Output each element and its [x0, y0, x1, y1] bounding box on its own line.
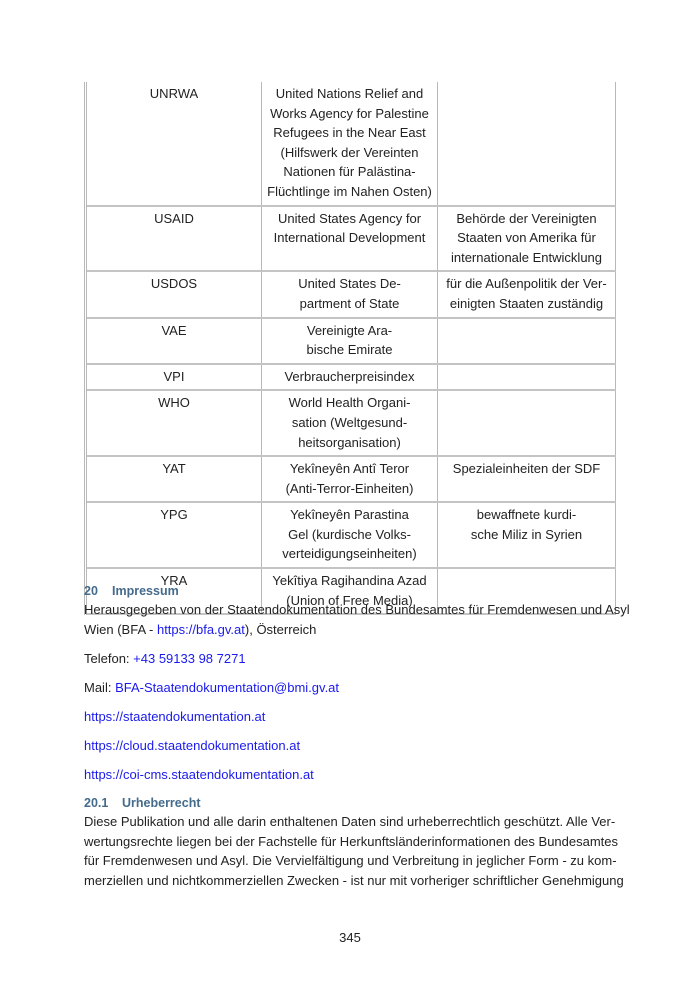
abbreviation-cell: VPI — [86, 364, 262, 391]
abbreviation-cell: WHO — [86, 390, 262, 456]
staatendokumentation-link[interactable]: https://staatendokumentation.at — [84, 709, 265, 724]
page-number: 345 — [0, 930, 700, 945]
table-row: WHOWorld Health Organi-sation (Weltgesun… — [86, 390, 616, 456]
link-cloud: https://cloud.staatendokumentation.at — [84, 736, 620, 756]
phone-line: Telefon: +43 59133 98 7271 — [84, 649, 620, 669]
section-number: 20 — [84, 584, 112, 598]
abbreviations-table-wrapper: UNRWAUnited Nations Relief andWorks Agen… — [84, 82, 616, 615]
table-row: USDOSUnited States De-partment of Statef… — [86, 271, 616, 317]
section-heading-impressum: 20Impressum — [84, 584, 179, 598]
abbreviation-cell: USAID — [86, 206, 262, 272]
table-row: VPIVerbraucherpreisindex — [86, 364, 616, 391]
section-title: Impressum — [112, 584, 179, 598]
note-cell — [438, 82, 616, 206]
meaning-cell: United Nations Relief andWorks Agency fo… — [262, 82, 438, 206]
table-row: YATYekîneyên Antî Teror(Anti-Terror-Einh… — [86, 456, 616, 502]
coi-cms-link[interactable]: https://coi-cms.staatendokumentation.at — [84, 767, 314, 782]
section-number: 20.1 — [84, 796, 122, 810]
abbreviation-cell: USDOS — [86, 271, 262, 317]
publisher-paragraph: Herausgegeben von der Staatendokumentati… — [84, 600, 620, 639]
bfa-website-link[interactable]: https://bfa.gv.at — [157, 622, 245, 637]
table-row: USAIDUnited States Agency forInternation… — [86, 206, 616, 272]
note-cell — [438, 390, 616, 456]
note-cell: Behörde der VereinigtenStaaten von Ameri… — [438, 206, 616, 272]
email-link[interactable]: BFA-Staatendokumentation@bmi.gv.at — [115, 680, 339, 695]
mail-line: Mail: BFA-Staatendokumentation@bmi.gv.at — [84, 678, 620, 698]
note-cell — [438, 318, 616, 364]
copyright-paragraph: Diese Publikation und alle darin enthalt… — [84, 812, 620, 890]
note-cell: Spezialeinheiten der SDF — [438, 456, 616, 502]
abbreviation-cell: YPG — [86, 502, 262, 568]
link-coi-cms: https://coi-cms.staatendokumentation.at — [84, 765, 620, 785]
meaning-cell: Vereinigte Ara-bische Emirate — [262, 318, 438, 364]
note-cell: bewaffnete kurdi-sche Miliz in Syrien — [438, 502, 616, 568]
meaning-cell: Yekîneyên ParastinaGel (kurdische Volks-… — [262, 502, 438, 568]
abbreviations-table: UNRWAUnited Nations Relief andWorks Agen… — [84, 82, 616, 615]
meaning-cell: United States De-partment of State — [262, 271, 438, 317]
meaning-cell: World Health Organi-sation (Weltgesund-h… — [262, 390, 438, 456]
link-staatendokumentation: https://staatendokumentation.at — [84, 707, 620, 727]
table-row: UNRWAUnited Nations Relief andWorks Agen… — [86, 82, 616, 206]
meaning-cell: Yekîneyên Antî Teror(Anti-Terror-Einheit… — [262, 456, 438, 502]
meaning-cell: United States Agency forInternational De… — [262, 206, 438, 272]
table-row: YPGYekîneyên ParastinaGel (kurdische Vol… — [86, 502, 616, 568]
note-cell — [438, 364, 616, 391]
table-row: VAEVereinigte Ara-bische Emirate — [86, 318, 616, 364]
meaning-cell: Verbraucherpreisindex — [262, 364, 438, 391]
section-title: Urheberrecht — [122, 796, 201, 810]
abbreviation-cell: VAE — [86, 318, 262, 364]
cloud-link[interactable]: https://cloud.staatendokumentation.at — [84, 738, 300, 753]
phone-link[interactable]: +43 59133 98 7271 — [133, 651, 245, 666]
abbreviation-cell: UNRWA — [86, 82, 262, 206]
section-heading-urheberrecht: 20.1Urheberrecht — [84, 796, 201, 810]
note-cell: für die Außenpolitik der Ver-einigten St… — [438, 271, 616, 317]
abbreviation-cell: YAT — [86, 456, 262, 502]
